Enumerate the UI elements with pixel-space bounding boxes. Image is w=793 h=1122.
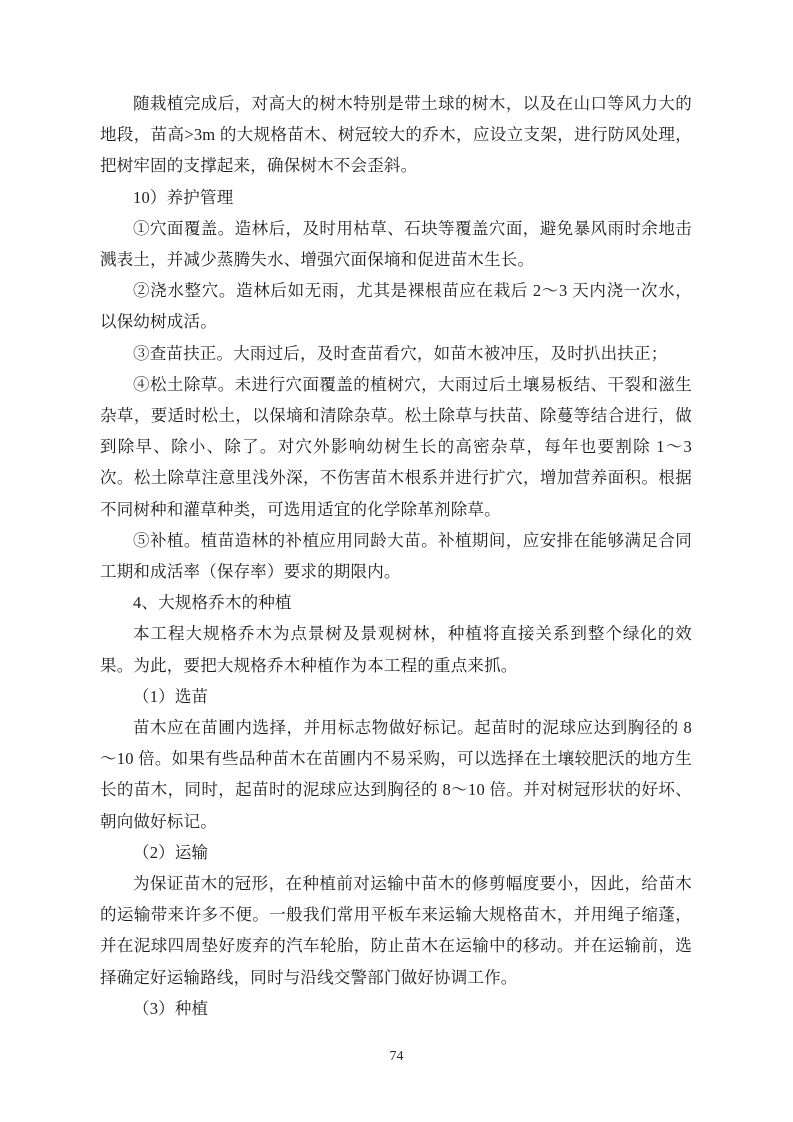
paragraph: ②浇水整穴。造林后如无雨，尤其是裸根苗应在栽后 2～3 天内浇一次水，以保幼树成… xyxy=(100,275,692,337)
paragraph: ③查苗扶正。大雨过后，及时查苗看穴，如苗木被冲压，及时扒出扶正； xyxy=(100,338,692,369)
document-page: 随栽植完成后，对高大的树木特别是带土球的树木，以及在山口等风力大的地段，苗高>3… xyxy=(0,0,793,1122)
paragraph: 苗木应在苗圃内选择，并用标志物做好标记。起苗时的泥球应达到胸径的 8～10 倍。… xyxy=(100,712,692,837)
section-heading: （2）运输 xyxy=(100,837,692,868)
paragraph: 本工程大规格乔木为点景树及景观树林，种植将直接关系到整个绿化的效果。为此，要把大… xyxy=(100,618,692,680)
section-heading: （1）选苗 xyxy=(100,681,692,712)
section-heading: 4、大规格乔木的种植 xyxy=(100,587,692,618)
paragraph: ⑤补植。植苗造林的补植应用同龄大苗。补植期间，应安排在能够满足合同工期和成活率（… xyxy=(100,525,692,587)
section-heading: （3）种植 xyxy=(100,993,692,1024)
paragraph: 随栽植完成后，对高大的树木特别是带土球的树木，以及在山口等风力大的地段，苗高>3… xyxy=(100,88,692,182)
paragraph: ①穴面覆盖。造林后，及时用枯草、石块等覆盖穴面，避免暴风雨时余地击溅表土，并减少… xyxy=(100,213,692,275)
text-block: 随栽植完成后，对高大的树木特别是带土球的树木，以及在山口等风力大的地段，苗高>3… xyxy=(100,88,692,1024)
paragraph: 为保证苗木的冠形，在种植前对运输中苗木的修剪幅度要小，因此，给苗木的运输带来许多… xyxy=(100,868,692,993)
paragraph: ④松土除草。未进行穴面覆盖的植树穴，大雨过后土壤易板结、干裂和滋生杂草，要适时松… xyxy=(100,369,692,525)
page-number: 74 xyxy=(0,1049,793,1065)
section-heading: 10）养护管理 xyxy=(100,182,692,213)
